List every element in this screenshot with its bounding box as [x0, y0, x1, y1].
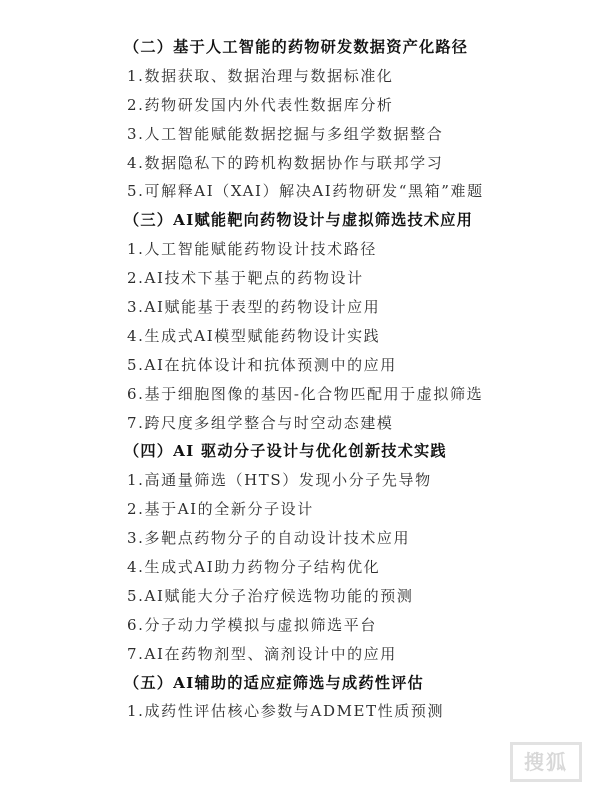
- section-4: （四）AI 驱动分子设计与优化创新技术实践 1.高通量筛选（HTS）发现小分子先…: [124, 437, 504, 668]
- list-item: 2.药物研发国内外代表性数据库分析: [124, 91, 504, 120]
- stamp-logo-icon: 搜狐: [510, 742, 582, 782]
- list-item: 4.生成式AI助力药物分子结构优化: [124, 553, 504, 582]
- list-item: 1.人工智能赋能药物设计技术路径: [124, 235, 504, 264]
- section-5: （五）AI辅助的适应症筛选与成药性评估 1.成药性评估核心参数与ADMET性质预…: [124, 669, 504, 727]
- section-heading: （四）AI 驱动分子设计与优化创新技术实践: [124, 437, 504, 466]
- list-item: 5.可解释AI（XAI）解决AI药物研发“黑箱”难题: [124, 177, 504, 206]
- list-item: 7.跨尺度多组学整合与时空动态建模: [124, 409, 504, 438]
- list-item: 2.AI技术下基于靶点的药物设计: [124, 264, 504, 293]
- section-2: （二）基于人工智能的药物研发数据资产化路径 1.数据获取、数据治理与数据标准化 …: [124, 33, 504, 206]
- list-item: 6.基于细胞图像的基因-化合物匹配用于虚拟筛选: [124, 380, 504, 409]
- list-item: 2.基于AI的全新分子设计: [124, 495, 504, 524]
- list-item: 1.高通量筛选（HTS）发现小分子先导物: [124, 466, 504, 495]
- section-heading: （五）AI辅助的适应症筛选与成药性评估: [124, 669, 504, 698]
- section-heading: （三）AI赋能靶向药物设计与虚拟筛选技术应用: [124, 206, 504, 235]
- list-item: 3.AI赋能基于表型的药物设计应用: [124, 293, 504, 322]
- document-page: （二）基于人工智能的药物研发数据资产化路径 1.数据获取、数据治理与数据标准化 …: [0, 0, 593, 793]
- list-item: 3.人工智能赋能数据挖掘与多组学数据整合: [124, 120, 504, 149]
- list-item: 3.多靶点药物分子的自动设计技术应用: [124, 524, 504, 553]
- list-item: 4.生成式AI模型赋能药物设计实践: [124, 322, 504, 351]
- watermark-text: 搜狐: [524, 752, 568, 772]
- section-heading: （二）基于人工智能的药物研发数据资产化路径: [124, 33, 504, 62]
- outline-content: （二）基于人工智能的药物研发数据资产化路径 1.数据获取、数据治理与数据标准化 …: [124, 33, 504, 726]
- list-item: 5.AI在抗体设计和抗体预测中的应用: [124, 351, 504, 380]
- list-item: 1.成药性评估核心参数与ADMET性质预测: [124, 697, 504, 726]
- list-item: 6.分子动力学模拟与虚拟筛选平台: [124, 611, 504, 640]
- list-item: 4.数据隐私下的跨机构数据协作与联邦学习: [124, 149, 504, 178]
- section-3: （三）AI赋能靶向药物设计与虚拟筛选技术应用 1.人工智能赋能药物设计技术路径 …: [124, 206, 504, 437]
- list-item: 5.AI赋能大分子治疗候选物功能的预测: [124, 582, 504, 611]
- list-item: 7.AI在药物剂型、滴剂设计中的应用: [124, 640, 504, 669]
- list-item: 1.数据获取、数据治理与数据标准化: [124, 62, 504, 91]
